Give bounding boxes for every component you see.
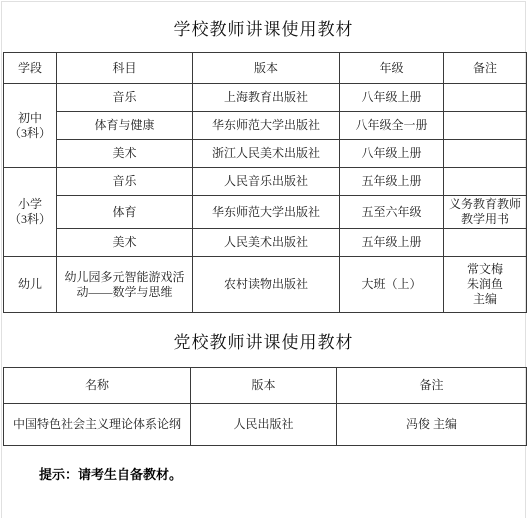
remark-cell [444,229,527,257]
subject-cell: 体育与健康 [57,112,193,140]
remark-cell: 常文梅 朱润鱼 主编 [444,257,527,313]
document-page: 学校教师讲课使用教材 学段 科目 版本 年级 备注 初中 （3科） 音乐 上海教… [1,1,526,518]
grade-cell: 五年级上册 [340,229,444,257]
grade-cell: 五年级上册 [340,168,444,196]
remark-cell: 冯俊 主编 [337,404,527,446]
grade-cell: 八年级上册 [340,140,444,168]
publisher-cell: 浙江人民美术出版社 [193,140,340,168]
publisher-cell: 人民音乐出版社 [193,168,340,196]
grade-cell: 大班（上） [340,257,444,313]
publisher-cell: 人民出版社 [191,404,337,446]
stage-cell: 初中 （3科） [4,84,57,168]
subject-cell: 美术 [57,140,193,168]
grade-cell: 八年级全一册 [340,112,444,140]
subject-cell: 体育 [57,196,193,229]
column-header-publisher: 版本 [191,368,337,404]
table-row: 中国特色社会主义理论体系论纲 人民出版社 冯俊 主编 [4,404,527,446]
subject-cell: 幼儿园多元智能游戏活动——数学与思维 [57,257,193,313]
grade-cell: 五至六年级 [340,196,444,229]
name-cell: 中国特色社会主义理论体系论纲 [4,404,191,446]
column-header-remark: 备注 [444,53,527,84]
publisher-cell: 华东师范大学出版社 [193,196,340,229]
table-row: 初中 （3科） 音乐 上海教育出版社 八年级上册 [4,84,527,112]
note-text: 提示：请考生自备教材。 [2,464,525,483]
subject-cell: 美术 [57,229,193,257]
publisher-cell: 上海教育出版社 [193,84,340,112]
column-header-grade: 年级 [340,53,444,84]
remark-cell [444,140,527,168]
subject-cell: 音乐 [57,168,193,196]
table-row: 美术 人民美术出版社 五年级上册 [4,229,527,257]
remark-cell [444,112,527,140]
grade-cell: 八年级上册 [340,84,444,112]
school-materials-table: 学段 科目 版本 年级 备注 初中 （3科） 音乐 上海教育出版社 八年级上册 … [3,52,527,313]
column-header-subject: 科目 [57,53,193,84]
publisher-cell: 农村读物出版社 [193,257,340,313]
remark-cell [444,168,527,196]
remark-cell: 义务教育教师教学用书 [444,196,527,229]
column-header-remark: 备注 [337,368,527,404]
party-table-title: 党校教师讲课使用教材 [2,313,525,367]
table-row: 体育与健康 华东师范大学出版社 八年级全一册 [4,112,527,140]
publisher-cell: 人民美术出版社 [193,229,340,257]
subject-cell: 音乐 [57,84,193,112]
school-table-title: 学校教师讲课使用教材 [2,2,525,52]
table-row: 美术 浙江人民美术出版社 八年级上册 [4,140,527,168]
party-materials-table: 名称 版本 备注 中国特色社会主义理论体系论纲 人民出版社 冯俊 主编 [3,367,527,446]
column-header-publisher: 版本 [193,53,340,84]
column-header-name: 名称 [4,368,191,404]
stage-cell: 小学 （3科） [4,168,57,257]
table-row: 小学 （3科） 音乐 人民音乐出版社 五年级上册 [4,168,527,196]
remark-cell [444,84,527,112]
school-table-header-row: 学段 科目 版本 年级 备注 [4,53,527,84]
column-header-stage: 学段 [4,53,57,84]
table-row: 幼儿 幼儿园多元智能游戏活动——数学与思维 农村读物出版社 大班（上） 常文梅 … [4,257,527,313]
table-row: 体育 华东师范大学出版社 五至六年级 义务教育教师教学用书 [4,196,527,229]
publisher-cell: 华东师范大学出版社 [193,112,340,140]
party-table-header-row: 名称 版本 备注 [4,368,527,404]
stage-cell: 幼儿 [4,257,57,313]
